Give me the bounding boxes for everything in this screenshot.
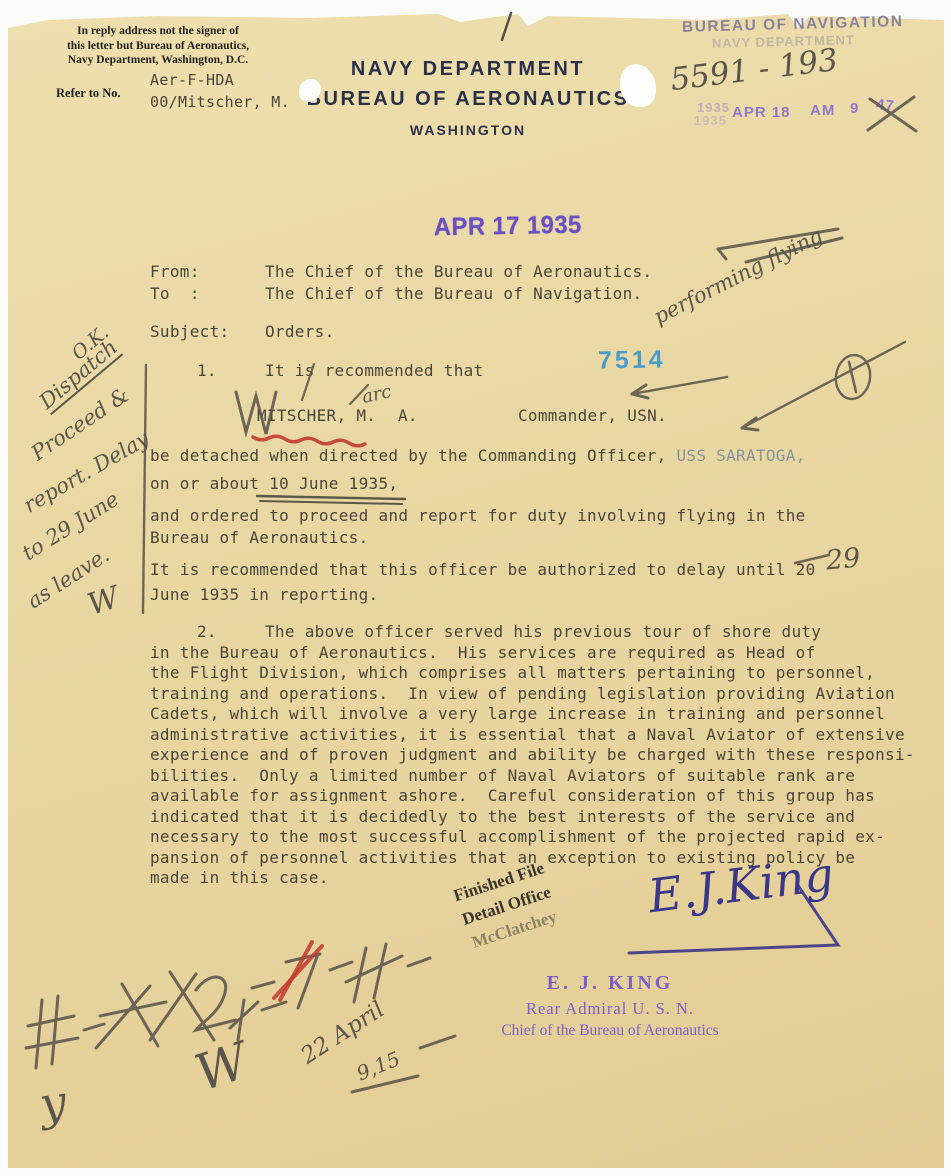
para1-number: 1. <box>197 361 217 381</box>
scanned-letter-page: In reply address not the signer of this … <box>0 0 951 1176</box>
para2-line: indicated that it is decidedly to the be… <box>150 807 855 827</box>
body-line-delay-text: It is recommended that this officer be a… <box>150 560 796 579</box>
struck-date: 20 <box>796 560 816 579</box>
para2-line: Cadets, which will involve a very large … <box>150 704 885 724</box>
para2-line: administrative activities, it is essenti… <box>150 725 905 745</box>
delay-day-handwritten: 29 <box>825 543 862 577</box>
signer-name-stamp: E. J. KING <box>430 972 790 995</box>
reply-notice-line: this letter but Bureau of Aeronautics, <box>36 39 280 54</box>
received-stamp-minute: 47 <box>875 96 895 115</box>
received-stamp-hour: 9 <box>850 100 859 117</box>
body-line-ordered-1: and ordered to proceed and report for du… <box>150 506 806 526</box>
para2-line: available for assignment ashore. Careful… <box>150 786 875 806</box>
body-line-ordered-2: Bureau of Aeronautics. <box>150 528 369 548</box>
body-line-detached-text: be detached when directed by the Command… <box>150 446 676 465</box>
letterhead-city: WASHINGTON <box>0 122 936 138</box>
subject-value: Orders. <box>265 322 335 342</box>
para1-intro: It is recommended that <box>265 361 484 381</box>
para2-line: made in this case. <box>150 868 329 888</box>
subject-label: Subject: <box>150 322 229 342</box>
reply-notice-line: In reply address not the signer of <box>36 24 280 39</box>
para2-line: in the Bureau of Aeronautics. His servic… <box>150 643 816 663</box>
received-stamp-meridiem: AM <box>810 102 835 119</box>
body-line-delay-tail: June 1935 in reporting. <box>150 585 378 605</box>
officer-initial-typed: A. <box>398 406 418 426</box>
to-label: To : <box>150 284 200 304</box>
para2-line: bilities. Only a limited number of Naval… <box>150 766 855 786</box>
body-line-about: on or about 10 June 1935, <box>150 474 398 494</box>
received-stamp-year-ghost: 1935 <box>694 113 727 128</box>
detachment-date: 10 June 1935, <box>269 474 398 493</box>
officer-name-typed: MITSCHER, M. <box>257 406 376 426</box>
para2-line: the Flight Division, which comprises all… <box>150 663 875 683</box>
para2-line: experience and of proven judgment and ab… <box>150 745 915 765</box>
para2-line: training and operations. In view of pend… <box>150 684 895 704</box>
to-value: The Chief of the Bureau of Navigation. <box>265 284 642 304</box>
body-line-about-text: on or about <box>150 474 269 493</box>
received-stamp-date: APR 18 <box>732 104 791 121</box>
letterhead-bureau: BUREAU OF AERONAUTICS <box>0 88 936 111</box>
body-line-detached: be detached when directed by the Command… <box>150 446 806 466</box>
para2-line: necessary to the most successful accompl… <box>150 827 885 847</box>
officer-rank: Commander, USN. <box>518 406 667 426</box>
file-number-stamp: 7514 <box>598 345 666 375</box>
from-label: From: <box>150 262 200 282</box>
signer-rank-stamp: Rear Admiral U. S. N. <box>430 999 790 1019</box>
from-value: The Chief of the Bureau of Aeronautics. <box>265 262 652 282</box>
body-line-delay: It is recommended that this officer be a… <box>150 560 816 580</box>
para2-line: The above officer served his previous to… <box>265 622 821 642</box>
para2-number: 2. <box>197 622 217 642</box>
signer-stamp-block: E. J. KING Rear Admiral U. S. N. Chief o… <box>430 972 790 1040</box>
date-stamp: APR 17 1935 <box>434 211 582 243</box>
signer-title-stamp: Chief of the Bureau of Aeronautics <box>430 1022 790 1040</box>
ship-name: USS SARATOGA, <box>676 446 805 465</box>
